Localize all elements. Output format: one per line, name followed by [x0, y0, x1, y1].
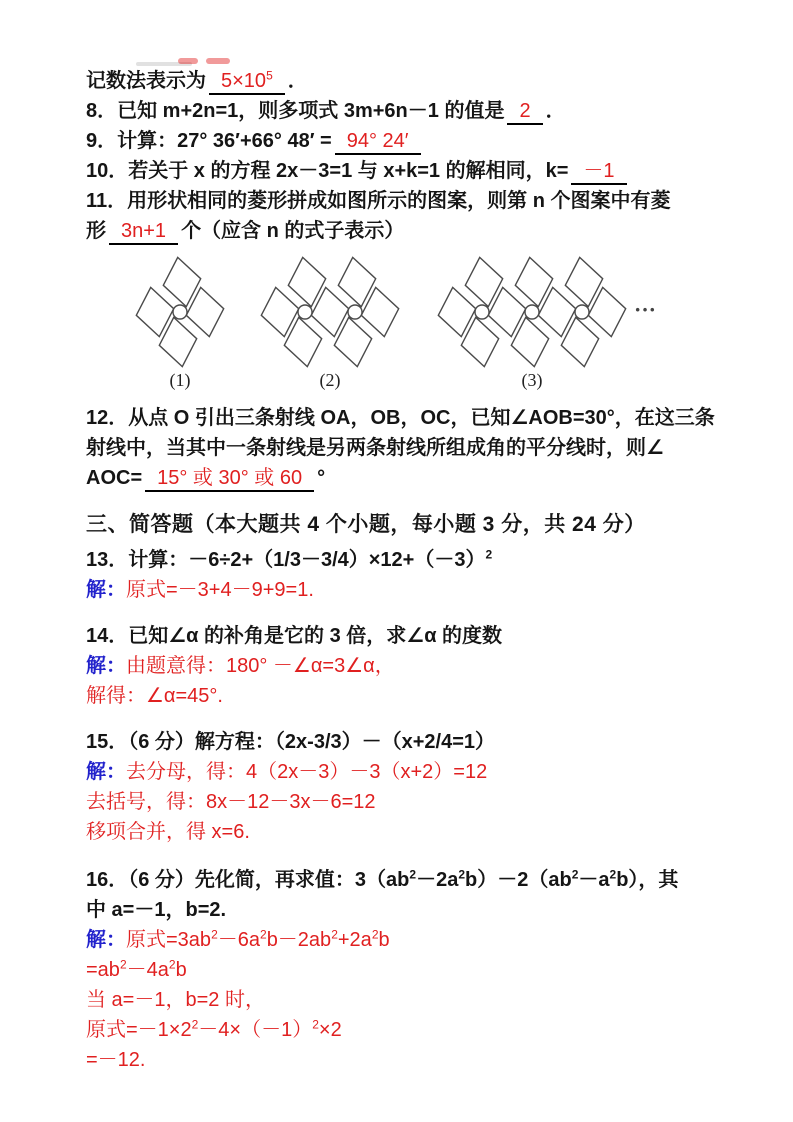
question-text: 个（应含 n 的式子表示）: [181, 220, 404, 242]
question-text: 14．已知∠α 的补角是它的 3 倍，求∠α 的度数: [86, 625, 502, 647]
answer-blank: 3n+1: [109, 219, 178, 245]
pinwheel-center-circle: [348, 305, 362, 319]
question-text: 9．计算：27° 36′+66° 48′ =: [86, 130, 332, 152]
question-text: 11．用形状相同的菱形拼成如图所示的图案，则第 n 个图案中有菱: [86, 190, 670, 212]
answer-text: 解得：∠α=45°.: [86, 685, 223, 707]
superscript: 5: [266, 68, 273, 82]
text-line: 记数法表示为5×105．: [86, 66, 753, 96]
text-line: 当 a=－1，b=2 时，: [86, 985, 753, 1015]
figure-label-3: (3): [522, 370, 543, 391]
page-crop-artifact: [206, 58, 230, 64]
text-line: AOC=15° 或 30° 或 60°: [86, 463, 753, 493]
question-text: 中 a=－1，b=2.: [86, 899, 226, 921]
page-crop-artifact: [178, 58, 198, 64]
superscript: 2: [485, 547, 492, 561]
superscript: 2: [120, 957, 127, 971]
solution-label: 解：: [86, 579, 126, 601]
superscript: 2: [372, 927, 379, 941]
answer-text: 原式=－1×22－4×（－1）2×2: [86, 1019, 342, 1041]
pinwheel-center-circle: [298, 305, 312, 319]
question-block: 16．（6 分）先化简，再求值：3（ab2－2a2b）－2（ab2－a2b），其…: [86, 865, 753, 1075]
question-text: 8．已知 m+2n=1，则多项式 3m+6n－1 的值是: [86, 100, 504, 122]
answer-text: 原式=－3+4－9+9=1.: [126, 579, 314, 601]
text-line: =－12.: [86, 1045, 753, 1075]
text-line: 解：去分母，得：4（2x－3）－3（x+2）=12: [86, 757, 753, 787]
answer-blank: 15° 或 30° 或 60: [145, 466, 314, 492]
answer-text: =－12.: [86, 1049, 145, 1071]
questions-section-top: 记数法表示为5×105．8．已知 m+2n=1，则多项式 3m+6n－1 的值是…: [86, 66, 753, 246]
text-line: 解：原式=3ab2－6a2b－2ab2+2a2b: [86, 925, 753, 955]
text-line: 中 a=－1，b=2.: [86, 895, 753, 925]
pinwheel-center-circle: [525, 305, 539, 319]
rhombus-pattern-svg: (1) (2) (3) ···: [85, 250, 745, 392]
answer-text: =ab2－4a2b: [86, 959, 187, 981]
figure-label-2: (2): [320, 370, 341, 391]
text-line: 8．已知 m+2n=1，则多项式 3m+6n－1 的值是2．: [86, 96, 753, 126]
text-line: 去括号，得：8x－12－3x－6=12: [86, 787, 753, 817]
superscript: 2: [458, 867, 465, 881]
text-line: 14．已知∠α 的补角是它的 3 倍，求∠α 的度数: [86, 621, 753, 651]
answer-text: 当 a=－1，b=2 时，: [86, 989, 265, 1011]
answer-blank: 94° 24′: [335, 129, 421, 155]
text-line: 解：原式=－3+4－9+9=1.: [86, 575, 753, 605]
question-text: ．: [546, 100, 566, 122]
answer-text: 15° 或 30° 或 60: [157, 467, 302, 489]
rhombus-pattern-figure: (1) (2) (3) ···: [85, 250, 753, 397]
text-line: 12．从点 O 引出三条射线 OA，OB，OC，已知∠AOB=30°，在这三条: [86, 403, 753, 433]
answer-text: 2: [519, 100, 530, 122]
text-line: 解：由题意得：180° －∠α=3∠α，: [86, 651, 753, 681]
figure-label-1: (1): [170, 370, 191, 391]
figure-ellipsis: ···: [634, 297, 656, 322]
question-text: 13．计算：－6÷2+（1/3－3/4）×12+（－3）2: [86, 549, 492, 571]
answer-text: 移项合并，得 x=6.: [86, 821, 250, 843]
superscript: 2: [192, 1017, 199, 1031]
text-line: =ab2－4a2b: [86, 955, 753, 985]
text-line: 原式=－1×22－4×（－1）2×2: [86, 1015, 753, 1045]
answer-text: 3n+1: [121, 220, 166, 242]
question-text: 12．从点 O 引出三条射线 OA，OB，OC，已知∠AOB=30°，在这三条: [86, 407, 715, 429]
answer-blank: －1: [571, 159, 626, 185]
question-block: 14．已知∠α 的补角是它的 3 倍，求∠α 的度数解：由题意得：180° －∠…: [86, 621, 753, 711]
question-text: AOC=: [86, 467, 142, 489]
solution-label: 解：: [86, 929, 126, 951]
superscript: 2: [169, 957, 176, 971]
superscript: 2: [211, 927, 218, 941]
superscript: 2: [260, 927, 267, 941]
text-line: 9．计算：27° 36′+66° 48′ =94° 24′: [86, 126, 753, 156]
question-text: 10．若关于 x 的方程 2x－3=1 与 x+k=1 的解相同，k=: [86, 160, 568, 182]
question-text: 形: [86, 220, 106, 242]
question-text: 射线中，当其中一条射线是另两条射线所组成角的平分线时，则∠: [86, 437, 664, 459]
text-line: 13．计算：－6÷2+（1/3－3/4）×12+（－3）2: [86, 545, 753, 575]
question-block: 12．从点 O 引出三条射线 OA，OB，OC，已知∠AOB=30°，在这三条射…: [86, 403, 753, 493]
superscript: 2: [331, 927, 338, 941]
text-line: 解得：∠α=45°.: [86, 681, 753, 711]
superscript: 2: [312, 1017, 319, 1031]
answer-blank: 2: [507, 99, 542, 125]
answer-text: 由题意得：180° －∠α=3∠α，: [126, 655, 395, 677]
text-line: 15．（6 分）解方程：（2x-3/3）－（x+2/4=1）: [86, 727, 753, 757]
question-text: °: [317, 467, 325, 489]
answer-text: 去括号，得：8x－12－3x－6=12: [86, 791, 376, 813]
superscript: 2: [572, 867, 579, 881]
text-line: 11．用形状相同的菱形拼成如图所示的图案，则第 n 个图案中有菱: [86, 186, 753, 216]
answer-text: 去分母，得：4（2x－3）－3（x+2）=12: [126, 761, 487, 783]
document-page: 记数法表示为5×105．8．已知 m+2n=1，则多项式 3m+6n－1 的值是…: [0, 0, 793, 1122]
text-line: 形3n+1个（应含 n 的式子表示）: [86, 216, 753, 246]
pinwheel-center-circle: [475, 305, 489, 319]
text-line: 10．若关于 x 的方程 2x－3=1 与 x+k=1 的解相同，k=－1: [86, 156, 753, 186]
answer-text: －1: [583, 160, 614, 182]
question-block: 15．（6 分）解方程：（2x-3/3）－（x+2/4=1）解：去分母，得：4（…: [86, 727, 753, 847]
question-block: 13．计算：－6÷2+（1/3－3/4）×12+（－3）2解：原式=－3+4－9…: [86, 545, 753, 605]
question-block: 记数法表示为5×105．8．已知 m+2n=1，则多项式 3m+6n－1 的值是…: [86, 66, 753, 246]
question-text: 15．（6 分）解方程：（2x-3/3）－（x+2/4=1）: [86, 731, 495, 753]
answer-text: 94° 24′: [347, 130, 409, 152]
solution-label: 解：: [86, 655, 126, 677]
answer-blank: 5×105: [209, 69, 285, 95]
solution-label: 解：: [86, 761, 126, 783]
question-text: ．: [288, 70, 308, 92]
pinwheel-center-circle: [575, 305, 589, 319]
text-line: 16．（6 分）先化简，再求值：3（ab2－2a2b）－2（ab2－a2b），其: [86, 865, 753, 895]
questions-section-bottom: 12．从点 O 引出三条射线 OA，OB，OC，已知∠AOB=30°，在这三条射…: [86, 403, 753, 1075]
answer-text: 原式=3ab2－6a2b－2ab2+2a2b: [126, 929, 390, 951]
text-line: 三、简答题（本大题共 4 个小题，每小题 3 分，共 24 分）: [86, 509, 753, 541]
text-line: 移项合并，得 x=6.: [86, 817, 753, 847]
superscript: 2: [409, 867, 416, 881]
text-line: 射线中，当其中一条射线是另两条射线所组成角的平分线时，则∠: [86, 433, 753, 463]
question-text: 记数法表示为: [86, 70, 206, 92]
question-text: 三、简答题（本大题共 4 个小题，每小题 3 分，共 24 分）: [86, 513, 646, 536]
pinwheel-center-circle: [173, 305, 187, 319]
section-heading: 三、简答题（本大题共 4 个小题，每小题 3 分，共 24 分）: [86, 509, 753, 541]
answer-text: 5×105: [221, 70, 273, 92]
question-text: 16．（6 分）先化简，再求值：3（ab2－2a2b）－2（ab2－a2b），其: [86, 869, 678, 891]
superscript: 2: [610, 867, 617, 881]
